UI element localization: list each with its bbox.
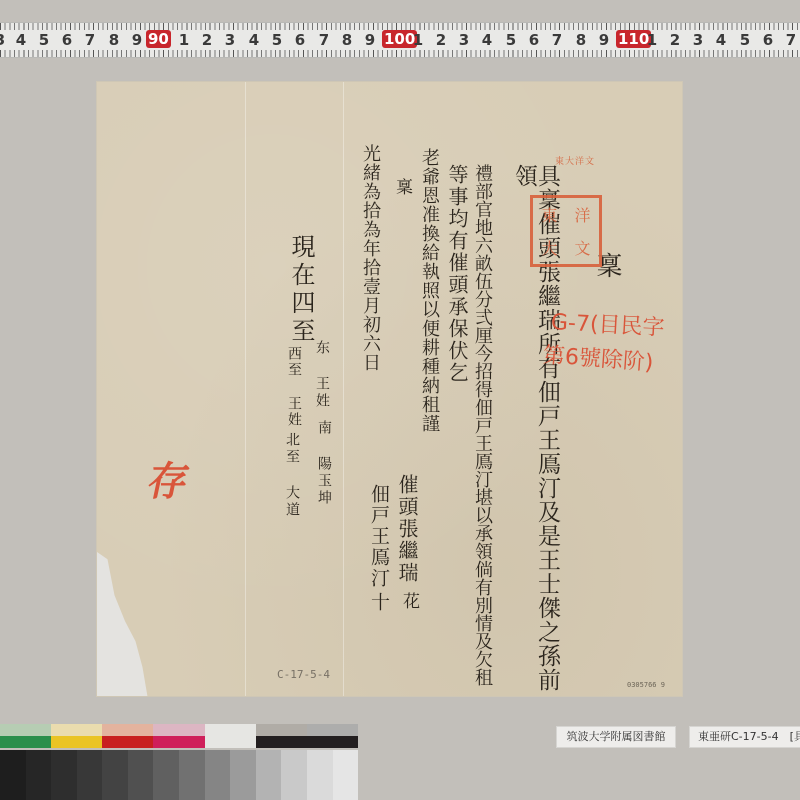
ruler-label: 5 [737, 31, 753, 49]
measuring-ruler: 3 4 5 6 7 8 9 90 1 2 3 4 5 6 7 8 9 100 1… [0, 22, 800, 58]
ruler-label: 6 [292, 31, 308, 49]
ruler-label: 7 [82, 31, 98, 49]
swatch-black [307, 736, 358, 748]
swatch-white [205, 736, 256, 748]
gray-step [333, 750, 359, 800]
swatch [102, 724, 153, 736]
gray-step [256, 750, 282, 800]
ruler-label: 3 [222, 31, 238, 49]
seal-char: 東 [533, 203, 566, 226]
ruler-label: 4 [713, 31, 729, 49]
pencil-catalog-number: C-17-5-4 [277, 668, 330, 681]
boundary-east: 东 王姓 [315, 340, 329, 410]
gray-step [26, 750, 52, 800]
text-column-5: 稟 [393, 178, 410, 197]
ruler-label: 5 [269, 31, 285, 49]
text-column-3: 等事均有催頭承保伏乞 [447, 164, 467, 384]
gray-step [205, 750, 231, 800]
boundaries-heading: 現在四至 [289, 234, 313, 346]
ruler-ticks-top [0, 23, 800, 30]
ruler-label: 1 [644, 31, 660, 49]
signature-tenant-name: 佃戸王鳫汀 [369, 484, 388, 589]
swatch-black [256, 736, 307, 748]
gray-step [307, 750, 333, 800]
seal-caption: 東大洋文 [555, 154, 595, 167]
gray-step [0, 750, 26, 800]
ruler-label: 3 [456, 31, 472, 49]
gray-step [153, 750, 179, 800]
ruler-label: 2 [199, 31, 215, 49]
swatch [51, 724, 102, 736]
seal-char: 大 [533, 236, 566, 259]
swatch [153, 724, 204, 736]
swatch [307, 724, 358, 736]
signature-head-mark: 花 [400, 592, 417, 611]
swatch-magenta [153, 736, 204, 748]
ruler-label: 7 [316, 31, 332, 49]
gray-step [77, 750, 103, 800]
gray-step [128, 750, 154, 800]
ruler-label: 6 [760, 31, 776, 49]
ruler-label: 9 [362, 31, 378, 49]
call-number-label: 東亜研C-17-5-4 [具稟] [690, 727, 800, 747]
ruler-label: 4 [13, 31, 29, 49]
ruler-major-label: 90 [146, 30, 171, 48]
signature-tenant-mark: 十 [369, 592, 388, 613]
gray-step [281, 750, 307, 800]
ruler-label: 1 [176, 31, 192, 49]
swatch-red [102, 736, 153, 748]
fold-line [245, 82, 246, 696]
stamp-number: 0305766 9 [627, 681, 665, 689]
ruler-label: 1 [410, 31, 426, 49]
ruler-label: 3 [690, 31, 706, 49]
torn-corner [97, 552, 167, 696]
ruler-label: 6 [59, 31, 75, 49]
gray-step [230, 750, 256, 800]
swatch [0, 724, 51, 736]
ruler-label: 7 [783, 31, 799, 49]
text-column-2: 禮部官地六畝伍分弍厘今招得佃戸王鳫汀堪以承領倘有別情及欠租 [473, 164, 491, 686]
ruler-label: 7 [549, 31, 565, 49]
boundary-west: 西至 王姓 [287, 346, 301, 428]
ruler-label: 4 [246, 31, 262, 49]
ruler-label: 6 [526, 31, 542, 49]
ruler-label: 8 [573, 31, 589, 49]
pastel-swatch-row [0, 724, 358, 736]
seal-char: 洋 [566, 203, 599, 226]
fold-line [343, 82, 344, 696]
red-seal-stamp: 東 洋 大 文 [530, 195, 602, 267]
date-column: 光緒為拾為年拾壹月初六日 [361, 144, 379, 372]
gray-step [179, 750, 205, 800]
cun-mark: 存 [143, 450, 195, 507]
saturated-swatch-row [0, 736, 358, 748]
seal-char: 文 [566, 236, 599, 259]
ruler-label: 8 [339, 31, 355, 49]
ruler-label: 5 [503, 31, 519, 49]
gray-step [102, 750, 128, 800]
gray-step [51, 750, 77, 800]
swatch [205, 724, 256, 736]
text-column-4: 老爺恩准換給執照以便耕種納租謹 [420, 148, 438, 433]
document-sheet: 具稟催頭張繼瑞所有佃戸王鳫汀及是王士傑之孫前領 禮部官地六畝伍分弍厘今招得佃戸王… [97, 82, 682, 696]
ruler-label: 2 [667, 31, 683, 49]
ruler-label: 9 [596, 31, 612, 49]
ruler-label: 3 [0, 31, 8, 49]
library-label: 筑波大学附属図書館 [557, 727, 675, 747]
boundary-south: 南 陽玉坤 [317, 420, 331, 507]
boundary-north: 北至 大道 [285, 432, 299, 519]
red-note-line-1: G-7(目民字 [550, 305, 665, 342]
swatch-yellow [51, 736, 102, 748]
ruler-label: 9 [129, 31, 145, 49]
ruler-label: 4 [479, 31, 495, 49]
grayscale-strip [0, 750, 358, 800]
swatch-green [0, 736, 51, 748]
swatch [256, 724, 307, 736]
ruler-ticks-bottom [0, 50, 800, 57]
signature-head-name: 催頭張繼瑞 [397, 474, 417, 584]
ruler-label: 5 [36, 31, 52, 49]
ruler-label: 8 [106, 31, 122, 49]
ruler-label: 2 [433, 31, 449, 49]
